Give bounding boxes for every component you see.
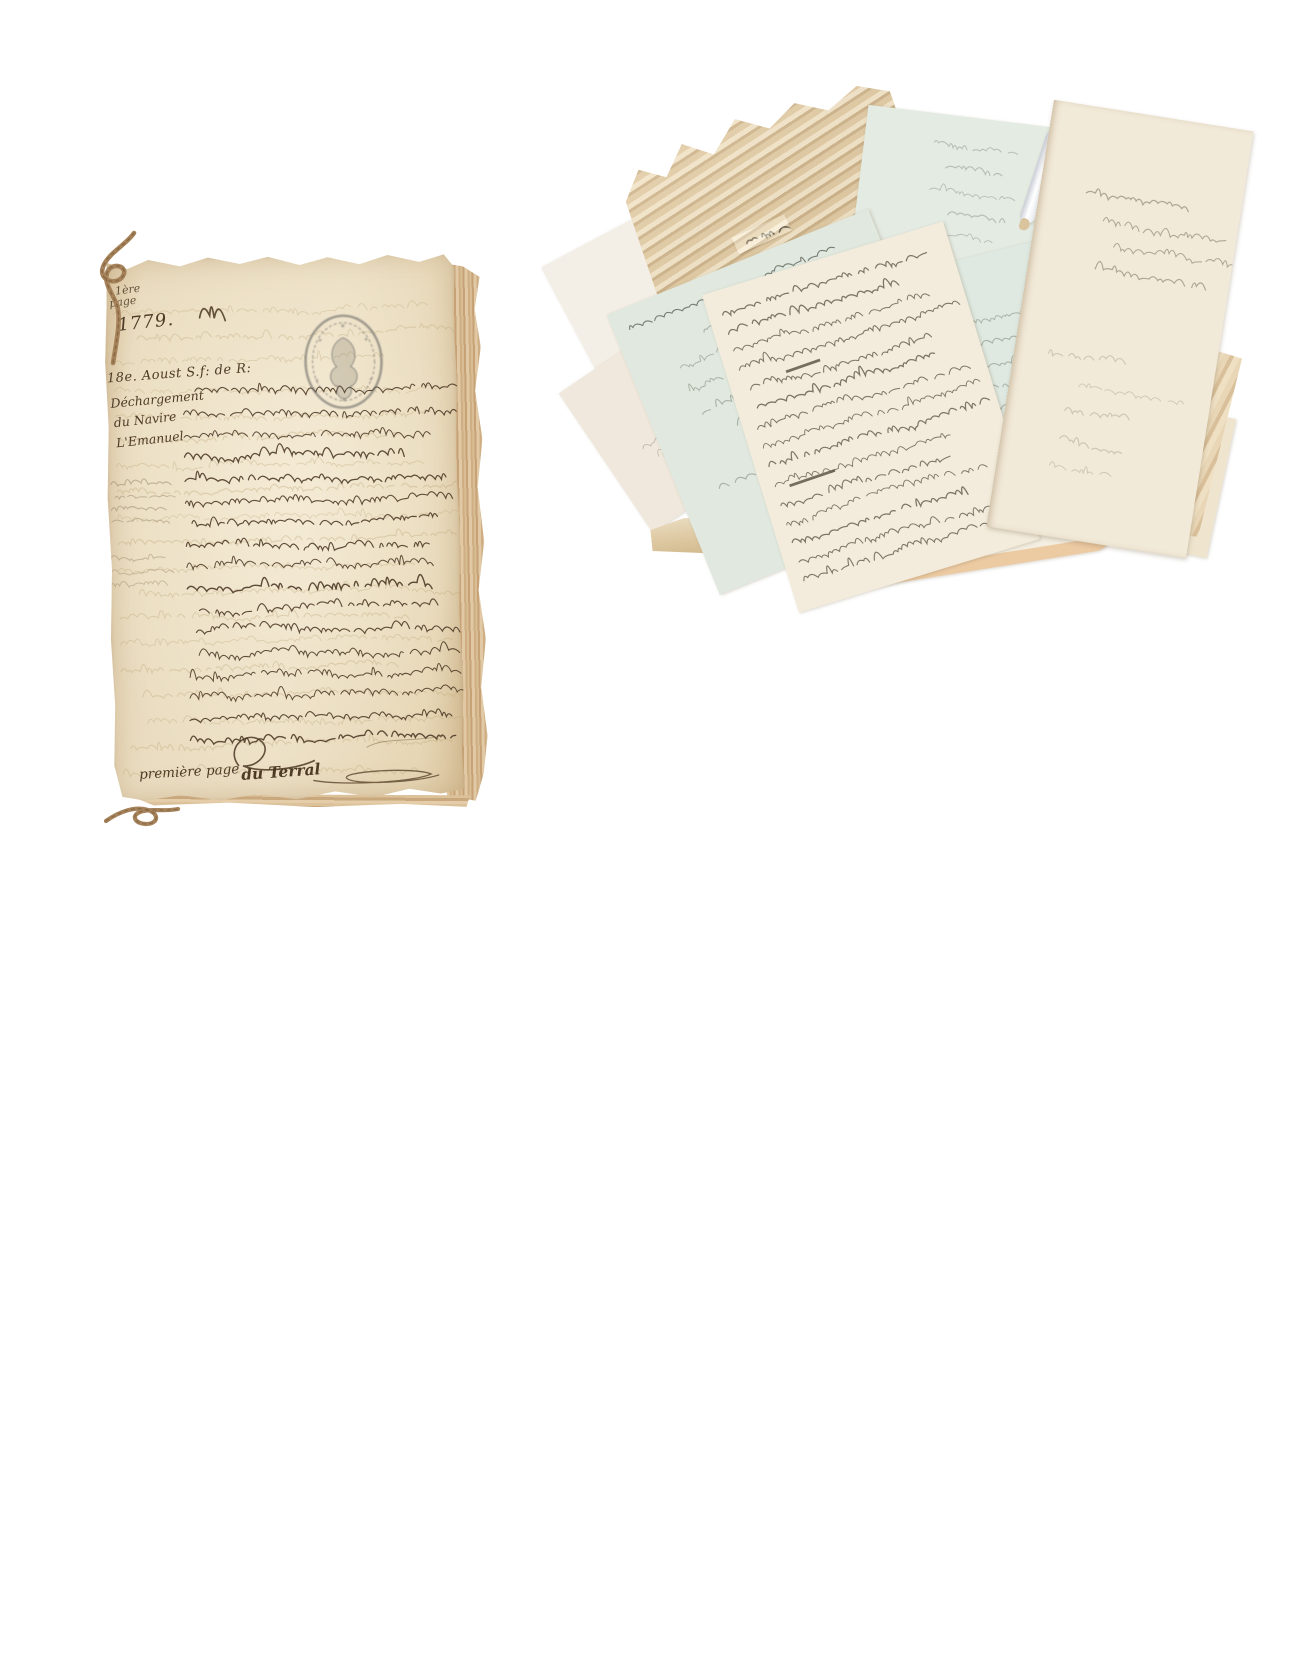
signature-flourish bbox=[216, 723, 457, 794]
twine-string-top bbox=[86, 227, 170, 383]
ink-stamp bbox=[300, 311, 388, 413]
photo-canvas: 1ère page 1779. 18e. Aoust S.f: de R: Dé… bbox=[0, 0, 1301, 1672]
twine-string-bottom bbox=[98, 781, 198, 833]
document-pile-photo bbox=[595, 103, 1220, 533]
manuscript-photo: 1ère page 1779. 18e. Aoust S.f: de R: Dé… bbox=[100, 245, 500, 820]
